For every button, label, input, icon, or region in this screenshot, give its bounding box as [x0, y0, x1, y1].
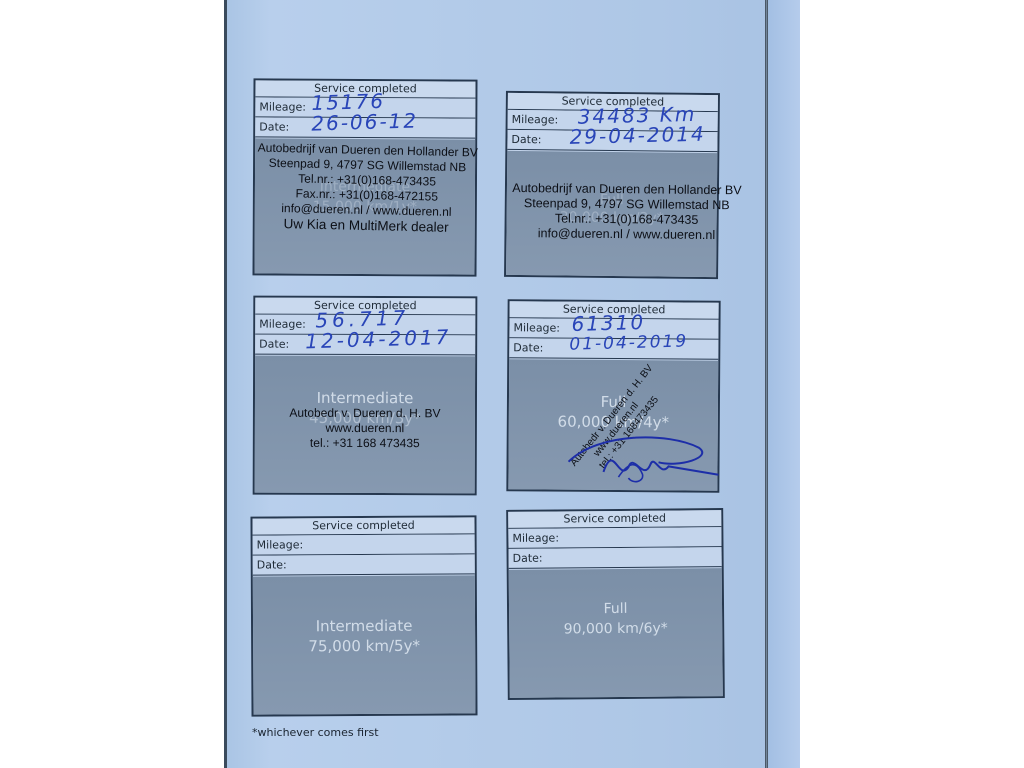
signature-icon: [558, 422, 728, 493]
printed-interval: 90,000 km/6y*: [509, 618, 722, 640]
card-body: Intermediate 75,000 km/5y*: [253, 575, 476, 714]
service-card-1: Service completed Mileage: 15176 Date: 2…: [252, 78, 477, 276]
date-label: Date:: [513, 552, 543, 565]
stamp-line: Autobedr v. Dueren d. H. BV: [235, 406, 495, 422]
date-row: Date: 26-06-12: [255, 117, 475, 138]
mileage-label: Mileage:: [513, 321, 560, 334]
printed-service-type: Intermediate: [253, 615, 475, 636]
service-card-6: Service completed Mileage: Date: Full 90…: [506, 508, 725, 700]
date-handwritten-value: 01-04-2019: [569, 332, 688, 354]
date-label: Date:: [257, 558, 287, 571]
service-card-4: Service completed Mileage: 61310 Date: 0…: [506, 299, 720, 492]
mileage-row: Mileage:: [253, 534, 475, 555]
date-row: Date: 29-04-2014: [507, 130, 717, 152]
service-card-5: Service completed Mileage: Date: Interme…: [250, 515, 477, 716]
date-label: Date:: [511, 133, 541, 146]
printed-service-type: Full: [509, 598, 722, 620]
card-header: Service completed: [252, 517, 474, 535]
mileage-row: Mileage:: [508, 527, 721, 549]
date-handwritten-value: 26-06-12: [311, 111, 418, 133]
date-row: Date: 01-04-2019: [509, 338, 718, 359]
stamp-line: info@dueren.nl / www.dueren.nl: [496, 226, 756, 244]
stamp-line: tel.: +31 168 473435: [235, 436, 495, 452]
date-row: Date: 12-04-2017: [255, 335, 475, 356]
footnote: *whichever comes first: [252, 726, 379, 739]
dealer-stamp: Autobedrijf van Dueren den Hollander BV …: [496, 181, 757, 244]
mileage-label: Mileage:: [259, 318, 306, 331]
date-label: Date:: [259, 120, 289, 133]
printed-interval: 75,000 km/5y*: [253, 635, 475, 656]
date-handwritten-value: 12-04-2017: [305, 328, 452, 352]
date-handwritten-value: 29-04-2014: [569, 125, 706, 147]
dealer-stamp: Autobedr v. Dueren d. H. BV www.dueren.n…: [235, 406, 495, 452]
date-label: Date:: [259, 338, 289, 351]
date-row: Date:: [253, 554, 475, 575]
mileage-label: Mileage:: [512, 531, 559, 544]
mileage-label: Mileage:: [512, 113, 559, 126]
page-left-edge: [224, 0, 227, 768]
card-body: Full 90,000 km/6y*: [509, 568, 723, 698]
stamp-line: Steenpad 9, 4797 SG Willemstad NB: [497, 196, 757, 214]
date-row: Date:: [509, 547, 722, 569]
mileage-label: Mileage:: [257, 538, 304, 551]
stamp-line: www.dueren.nl: [235, 421, 495, 437]
mileage-handwritten-value: 61310: [571, 313, 645, 334]
card-header: Service completed: [508, 510, 721, 529]
date-label: Date:: [513, 341, 543, 354]
dealer-stamp: Autobedrijf van Dueren den Hollander BV …: [224, 140, 510, 236]
mileage-label: Mileage:: [259, 100, 306, 113]
service-card-3: Service completed Mileage: 56.717 Date: …: [253, 296, 478, 496]
service-card-2: Service completed Mileage: 34483 Km Date…: [504, 91, 720, 279]
next-page-edge: [768, 0, 800, 768]
